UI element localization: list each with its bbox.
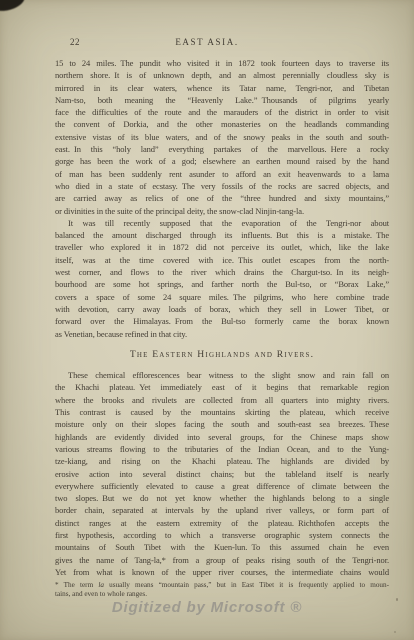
text-line: or divinities in the suite of the princi… bbox=[55, 205, 389, 217]
text-line: northern shore. It is of unknown depth, … bbox=[55, 69, 389, 81]
text-line: traveller who explored it in 1872 did no… bbox=[55, 241, 389, 253]
text-line: east. In this “holy land” everything par… bbox=[55, 143, 389, 155]
digitization-watermark: Digitized by Microsoft ® bbox=[0, 599, 414, 616]
text-line: face the difficulties of the route and t… bbox=[55, 106, 389, 118]
footnote-text: * The term bbox=[55, 581, 98, 589]
text-line: Nam-tso, both meaning the “Heavenly Lake… bbox=[55, 94, 389, 106]
text-line: itself, was at the time covered with ice… bbox=[55, 254, 389, 266]
text-line: highlands are evidently divided into sev… bbox=[55, 431, 389, 443]
text-line: This contrast is caused by the mountains… bbox=[55, 406, 389, 418]
text-line: balanced the amount discharged through i… bbox=[55, 229, 389, 241]
scan-speck bbox=[394, 631, 396, 633]
text-line: as Venetian, because refined in that cit… bbox=[55, 328, 389, 340]
text-line: tze-kiang, and rising on the Khachi plat… bbox=[55, 455, 389, 467]
text-line: forward over the Himalayas. From the Bul… bbox=[55, 315, 389, 327]
text-line: bourhood are some hot springs, and farth… bbox=[55, 278, 389, 290]
text-line: are carried away as relics of one of the… bbox=[55, 192, 389, 204]
text-line: west corner, and flows to the river whic… bbox=[55, 266, 389, 278]
text-line: Yet from what is known of the upper rive… bbox=[55, 566, 389, 578]
text-line: with devotion, carry away loads of borax… bbox=[55, 303, 389, 315]
text-line: moisture only on their slopes facing the… bbox=[55, 418, 389, 430]
text-line: gives the name of Tang-la,* from a group… bbox=[55, 554, 389, 566]
text-line: border chain, separated at intervals by … bbox=[55, 504, 389, 516]
text-line: These chemical efflorescences bear witne… bbox=[55, 369, 389, 381]
text-line: distinct ranges at the eastern extremity… bbox=[55, 517, 389, 529]
text-line: various streams flowing to the tributari… bbox=[55, 443, 389, 455]
text-line: first hypothesis, according to which a t… bbox=[55, 529, 389, 541]
text-line: covers a space of some 24 square miles. … bbox=[55, 291, 389, 303]
text-line: everywhere sufficiently elevated to caus… bbox=[55, 480, 389, 492]
text-line: two slopes. But we do not yet know wheth… bbox=[55, 492, 389, 504]
text-line: 15 to 24 miles. The pundit who visited i… bbox=[55, 57, 389, 69]
text-line: erosive action into several distinct cha… bbox=[55, 468, 389, 480]
section-heading: The Eastern Highlands and Rivers. bbox=[55, 349, 389, 361]
paragraph-3: These chemical efflorescences bear witne… bbox=[55, 369, 389, 578]
paragraph-1: 15 to 24 miles. The pundit who visited i… bbox=[55, 57, 389, 217]
text-line: extensive vistas of its blue waters, and… bbox=[55, 131, 389, 143]
footnote-line: * The term la usually means “mountain pa… bbox=[55, 581, 389, 590]
text-line: mountains of South Tibet with the Kuen-l… bbox=[55, 541, 389, 553]
text-line: mirrored in its clear waters, whence its… bbox=[55, 82, 389, 94]
text-line: the Khachi plateau. Yet immediately east… bbox=[55, 381, 389, 393]
book-page: 22 EAST ASIA. 15 to 24 miles. The pundit… bbox=[0, 0, 414, 640]
footnote-text: usually means “mountain pass,” but in Ea… bbox=[104, 581, 389, 589]
text-line: of man has been suddenly rent asunder to… bbox=[55, 168, 389, 180]
text-line: the convent of Dorkia, and the other mon… bbox=[55, 118, 389, 130]
text-line: where the brooks and rivulets are collec… bbox=[55, 394, 389, 406]
paragraph-2: It was till recently supposed that the e… bbox=[55, 217, 389, 340]
text-line: who died in a state of ecstasy. The very… bbox=[55, 180, 389, 192]
text-line: gorge has been the work of a god; elsewh… bbox=[55, 155, 389, 167]
text-block: 15 to 24 miles. The pundit who visited i… bbox=[55, 57, 389, 600]
running-header: EAST ASIA. bbox=[0, 37, 414, 47]
scan-corner-artifact bbox=[0, 0, 27, 14]
footnote: * The term la usually means “mountain pa… bbox=[55, 581, 389, 599]
text-line: It was till recently supposed that the e… bbox=[55, 217, 389, 229]
